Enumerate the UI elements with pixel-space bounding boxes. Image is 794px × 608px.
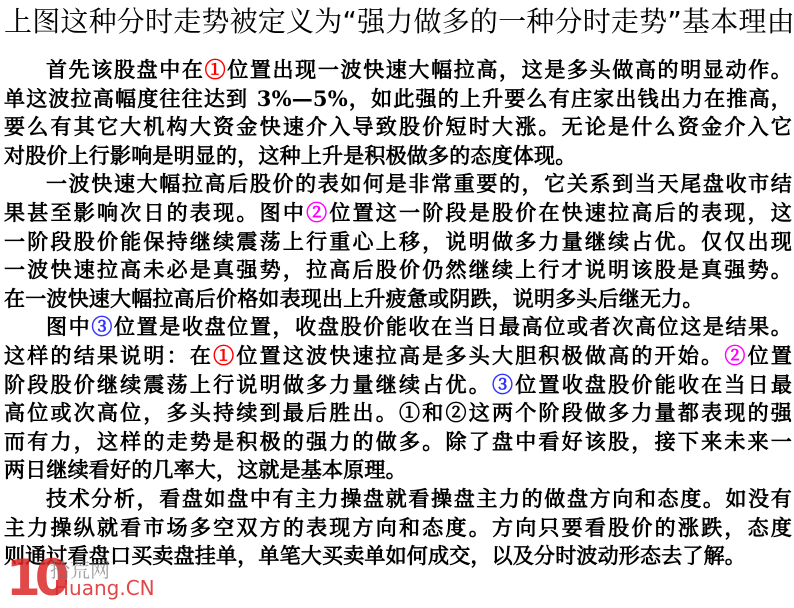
circled-number-1-marker: ① bbox=[205, 57, 228, 82]
paragraph-3-line-1: 图中③位置是收盘位置，收盘股价能收在当日最高位或者次高位这是结果。 bbox=[4, 313, 792, 342]
circled-number-3-marker: ③ bbox=[91, 314, 114, 339]
paragraph-4-line-2: 主力操纵就看市场多空双方的表现方向和态度。方向只要看股价的涨跌，态度 bbox=[4, 514, 792, 543]
paragraph-3-line-2: 这样的结果说明：在①位置这波快速拉高是多头大胆积极做高的开始。②位置 bbox=[4, 342, 792, 371]
paragraph-2-line-3: 一阶段股价能保持继续震荡上行重心上移，说明做多力量继续占优。仅仅出现 bbox=[4, 228, 792, 257]
circled-number-2-marker: ② bbox=[724, 343, 747, 368]
paragraph-2-line-1: 一波快速大幅拉高后股价的表如何是非常重要的，它关系到当天尾盘收市结 bbox=[4, 170, 792, 199]
paragraph-3-line-3: 阶段股价继续震荡上行说明做多力量继续占优。③位置收盘股价能收在当日最 bbox=[4, 371, 792, 400]
paragraph-3-line-4: 高位或次高位，多头持续到最后胜出。①和②这两个阶段做多力量都表现的强 bbox=[4, 399, 792, 428]
text-span: 首先该股盘中在 bbox=[46, 57, 205, 82]
paragraph-3-line-6: 两日继续看好的几率大，这就是基本原理。 bbox=[4, 456, 792, 485]
text-span: 阶段股价继续震荡上行说明做多力量继续占优。 bbox=[4, 372, 492, 397]
text-span: 位置出现一波快速大幅拉高，这是多头做高的明显动作。 bbox=[227, 57, 792, 82]
text-span: 图中 bbox=[46, 314, 91, 339]
text-span: 位置收盘股价能收在当日最 bbox=[515, 372, 792, 397]
paragraph-2-line-2: 果甚至影响次日的表现。图中②位置这一阶段是股价在快速拉高后的表现，这 bbox=[4, 199, 792, 228]
text-span: 位置这一阶段是股价在快速拉高后的表现，这 bbox=[329, 200, 792, 225]
text-span: 位置这波快速拉高是多头大胆积极做高的开始。 bbox=[236, 343, 724, 368]
paragraph-4-line-1: 技术分析，看盘如盘中有主力操盘就看操盘主力的做盘方向和态度。如没有 bbox=[4, 485, 792, 514]
paragraph-2-line-5: 在一波快速大幅拉高后价格如表现出上升疲惫或阴跌，说明多头后继无力。 bbox=[4, 285, 792, 314]
watermark-logo: 10 拾荒网 Huang.CN bbox=[6, 552, 146, 604]
circled-number-3-marker: ③ bbox=[492, 372, 515, 397]
paragraph-3-line-5: 而有力，这样的走势是积极的强力的做多。除了盘中看好该股，接下来未来一 bbox=[4, 428, 792, 457]
circled-number-1-marker: ① bbox=[213, 343, 236, 368]
paragraph-1-line-2: 单这波拉高幅度往往达到 3%—5%，如此强的上升要么有庄家出钱出力在推高， bbox=[4, 85, 792, 114]
paragraph-2-line-4: 一波快速拉高未必是真强势，拉高后股价仍然继续上行才说明该股是真强势。 bbox=[4, 256, 792, 285]
text-span: 位置是收盘位置，收盘股价能收在当日最高位或者次高位这是结果。 bbox=[114, 314, 792, 339]
paragraph-1-line-3: 要么有其它大机构大资金快速介入导致股价短时大涨。无论是什么资金介入它 bbox=[4, 113, 792, 142]
paragraph-1-line-1: 首先该股盘中在①位置出现一波快速大幅拉高，这是多头做高的明显动作。 bbox=[4, 56, 792, 85]
text-span: 这样的结果说明：在 bbox=[4, 343, 213, 368]
paragraph-1-line-4: 对股价上行影响是明显的，这种上升是积极做多的态度体现。 bbox=[4, 142, 792, 171]
article-body: 首先该股盘中在①位置出现一波快速大幅拉高，这是多头做高的明显动作。 单这波拉高幅… bbox=[4, 56, 792, 571]
text-span: 位置 bbox=[748, 343, 792, 368]
watermark-en-text: Huang.CN bbox=[54, 576, 155, 600]
text-span: 果甚至影响次日的表现。图中 bbox=[4, 200, 306, 225]
circled-number-2-marker: ② bbox=[306, 200, 329, 225]
page-title: 上图这种分时走势被定义为“强力做多的一种分时走势”基本理由： bbox=[4, 4, 794, 40]
